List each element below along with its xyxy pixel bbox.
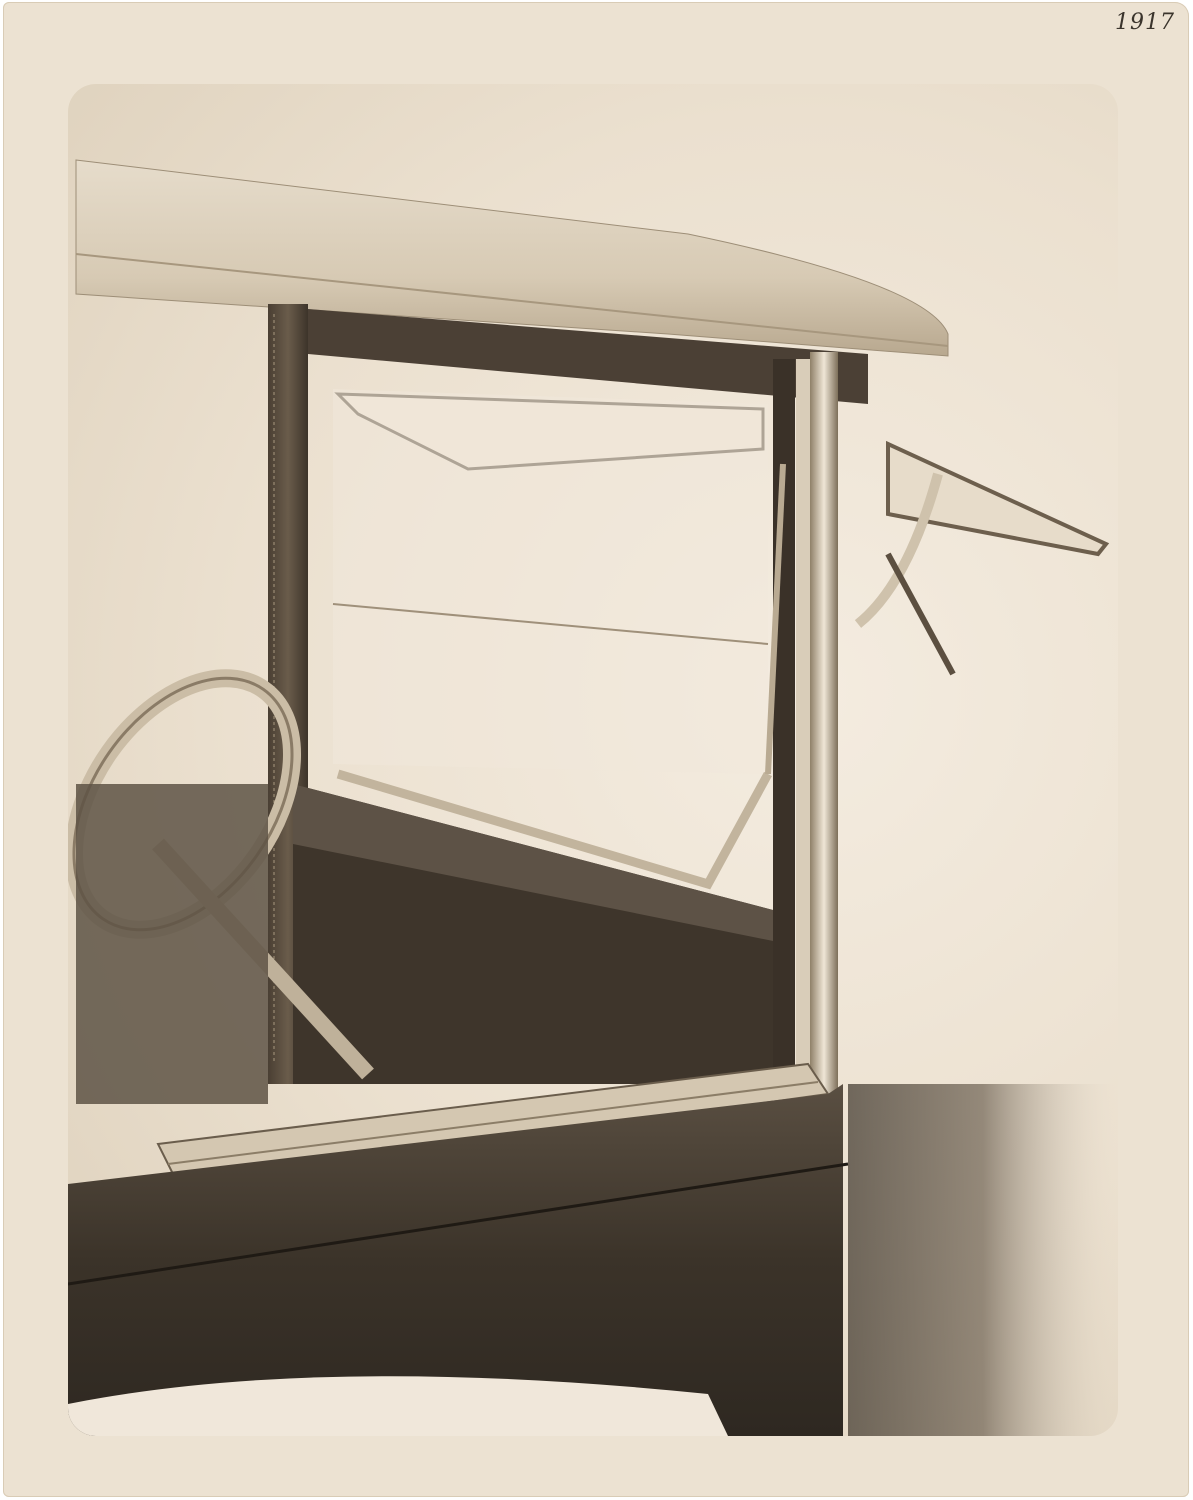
photograph	[68, 84, 1118, 1436]
handwritten-year: 1917	[1115, 10, 1175, 35]
car-door-illustration	[68, 84, 1118, 1436]
